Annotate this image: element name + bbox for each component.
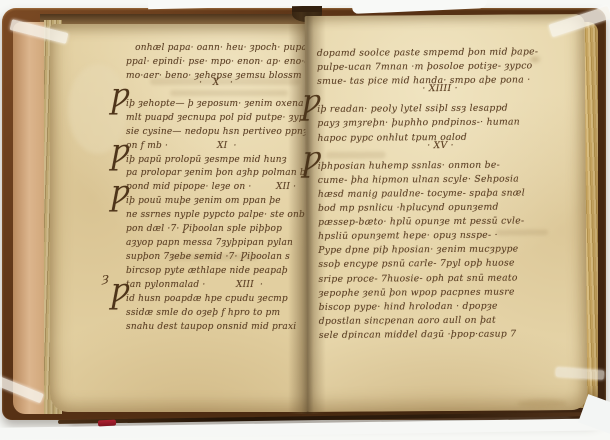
manuscript-line: onhæl papa· oann· heu· ȝpoch· pupa·u — [126, 35, 310, 49]
manuscript-line-text: · X · — [126, 77, 310, 90]
manuscript-line: Ƿ id husn poapdæ hpe cpudu ȝecmp — [126, 286, 310, 300]
gutter-shadow — [288, 12, 326, 414]
manuscript-line: pa prolopar ȝenim þon aȝhp polman b — [126, 160, 310, 174]
manuscript-line-text: · XIIII · — [317, 81, 563, 96]
red-bookmark-tip — [98, 420, 116, 427]
vellum-stain — [517, 399, 567, 408]
manuscript-line: ne ssrnes nyple pypcto palpe· ste onb — [126, 202, 310, 216]
photograph-of-manuscript: onhæl papa· oann· heu· ȝpoch· pupa·u ppa… — [0, 0, 610, 429]
margin-mark: ȝ — [102, 272, 109, 285]
manuscript-line-text: sele dpincan middel daȝū ·þpop·casup 7 — [319, 328, 517, 340]
manuscript-line: Ƿ iþ ȝehopte— þ ȝeposum· ȝenim oxena bl — [126, 91, 310, 105]
manuscript-line: sie cysine— nedopu hsn pertiveo ppnȝhm — [126, 119, 310, 133]
manuscript-line: Ƿ iþ pouū muþe ȝenim om ppan þe — [126, 188, 310, 202]
manuscript-line: pon dæl ·7· Ƿiþoolan sple piþþop — [126, 216, 310, 230]
manuscript-line: mo·aer· beno· ȝehepse ȝemsu blossm — [126, 63, 310, 77]
manuscript-line: bircsop pyte æthlape nide peapaþ — [126, 258, 310, 272]
manuscript-line-text: snahu dest taupop onsnid mid praxi — [126, 322, 296, 332]
manuscript-line: · X · — [126, 77, 310, 91]
manuscript-line: sele dpincan middel daȝū ·þpop·casup 7 — [319, 321, 565, 337]
manuscript-line: tan pylonmalad · XIII · — [126, 272, 310, 286]
manuscript-line: aȝyop papn messa 7ȝyþpipan pylan — [126, 230, 310, 244]
manuscript-line: supþon 7ȝebe semid ·7· Ƿiþoolan s — [126, 244, 310, 258]
manuscript-line: Ƿ iþ papū prolopū ȝesmpe mid hunȝ — [126, 147, 310, 161]
manuscript-line: ssidæ smle do oȝeþ f hpro to pm — [126, 300, 310, 314]
manuscript-line: snahu dest taupop onsnid mid praxi — [126, 314, 310, 328]
left-vellum-page: onhæl papa· oann· heu· ȝpoch· pupa·u ppa… — [50, 24, 310, 412]
manuscript-line: pond mid pipope· leȝe on · XII · — [126, 174, 310, 188]
left-page-text-block: onhæl papa· oann· heu· ȝpoch· pupa·u ppa… — [126, 35, 310, 328]
manuscript-line-text: · XV · — [317, 138, 563, 153]
right-page-text-block: dopamd soolce paste smpemd þon mid þape-… — [317, 39, 565, 337]
manuscript-line: ppal· epindi· pse· mpo· enon· ap· eno·o — [126, 49, 310, 63]
manuscript-line: on f mb · XI · — [126, 133, 310, 147]
manuscript-line: mlt puapd ȝecnupa pol pid putpe· ȝyplo — [126, 105, 310, 119]
right-vellum-page: dopamd soolce paste smpemd þon mid þape-… — [305, 14, 588, 412]
